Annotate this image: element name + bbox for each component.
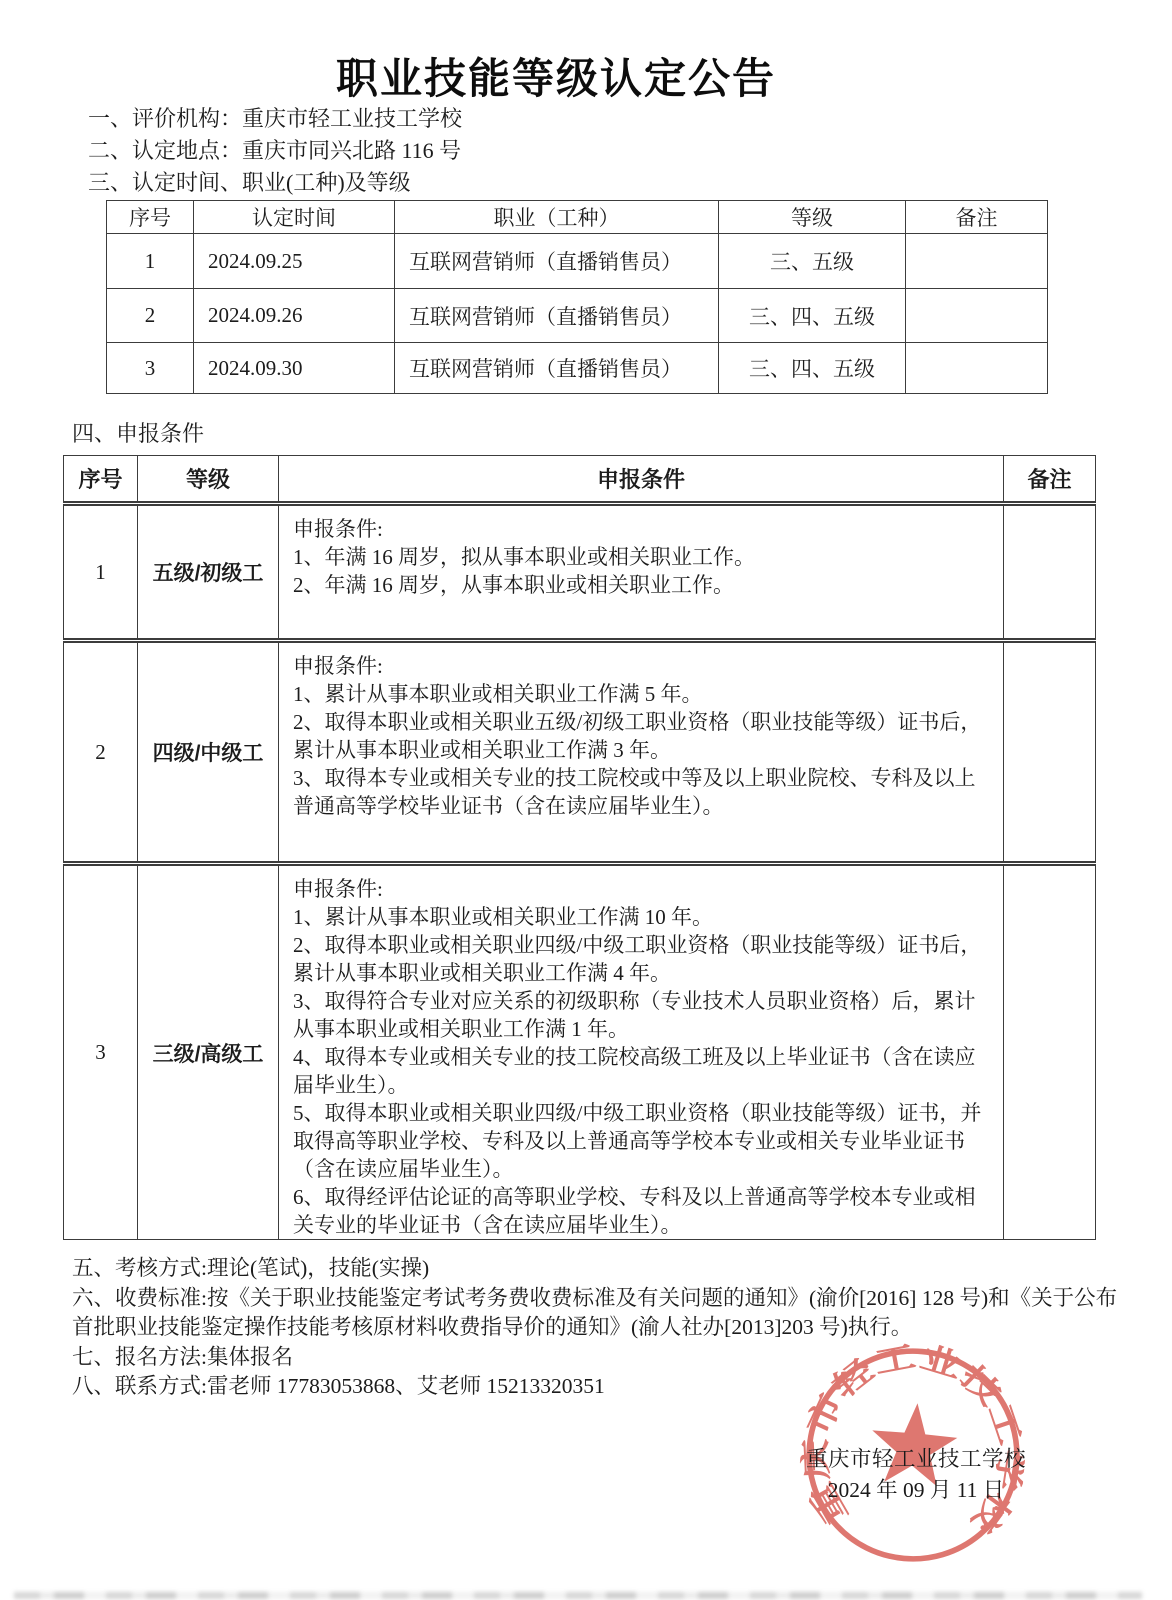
cell-note	[906, 343, 1048, 394]
table-row: 2 2024.09.26 互联网营销师（直播销售员） 三、四、五级	[107, 289, 1048, 343]
cell-note	[906, 234, 1048, 289]
cell-note	[1004, 641, 1096, 864]
condition-line: 1、累计从事本职业或相关职业工作满 10 年。	[293, 903, 991, 931]
document-page: 职业技能等级认定公告 一、评价机构：重庆市轻工业技工学校 二、认定地点：重庆市同…	[0, 0, 1172, 1600]
conditions-table: 序号 等级 申报条件 备注 1 五级/初级工 申报条件: 1、年满 16 周岁，…	[63, 455, 1096, 1240]
cell-date: 2024.09.26	[194, 289, 395, 343]
section-heading-conditions: 四、申报条件	[72, 417, 204, 448]
condition-line: 3、取得本专业或相关专业的技工院校或中等及以上职业院校、专科及以上普通高等学校毕…	[293, 764, 991, 820]
conditions-header-requirements: 申报条件	[279, 456, 1004, 504]
cell-occupation: 互联网营销师（直播销售员）	[395, 234, 719, 289]
schedule-header-occupation: 职业（工种）	[395, 201, 719, 234]
conditions-header-no: 序号	[64, 456, 138, 504]
signature-org: 重庆市轻工业技工学校	[806, 1442, 1026, 1473]
table-row: 3 三级/高级工 申报条件: 1、累计从事本职业或相关职业工作满 10 年。 2…	[64, 864, 1096, 1240]
page-title: 职业技能等级认定公告	[0, 46, 1112, 106]
condition-line: 申报条件:	[293, 515, 991, 543]
intro-list: 一、评价机构：重庆市轻工业技工学校 二、认定地点：重庆市同兴北路 116 号 三…	[88, 103, 1088, 199]
condition-line: 5、取得本职业或相关职业四级/中级工职业资格（职业技能等级）证书，并取得高等职业…	[293, 1099, 991, 1183]
signature-date: 2024 年 09 月 11 日	[806, 1473, 1026, 1504]
cell-date: 2024.09.25	[194, 234, 395, 289]
footer-item-contact: 八、联系方式:雷老师 17783053868、艾老师 15213320351	[72, 1372, 1118, 1402]
intro-item-2: 二、认定地点：重庆市同兴北路 116 号	[88, 135, 1088, 167]
cell-level: 五级/初级工	[138, 504, 279, 641]
table-row: 2 四级/中级工 申报条件: 1、累计从事本职业或相关职业工作满 5 年。 2、…	[64, 641, 1096, 864]
schedule-table: 序号 认定时间 职业（工种） 等级 备注 1 2024.09.25 互联网营销师…	[106, 200, 1048, 394]
cell-no: 3	[64, 864, 138, 1240]
intro-item-1: 一、评价机构：重庆市轻工业技工学校	[88, 103, 1088, 135]
condition-line: 1、年满 16 周岁，拟从事本职业或相关职业工作。	[293, 543, 991, 571]
footer-list: 五、考核方式:理论(笔试)，技能(实操) 六、收费标准:按《关于职业技能鉴定考试…	[72, 1254, 1118, 1402]
conditions-header-level: 等级	[138, 456, 279, 504]
scan-artifact-smudge	[14, 1592, 1142, 1599]
condition-line: 申报条件:	[293, 652, 991, 680]
cell-date: 2024.09.30	[194, 343, 395, 394]
cell-level: 三、四、五级	[719, 343, 906, 394]
cell-requirements: 申报条件: 1、累计从事本职业或相关职业工作满 10 年。 2、取得本职业或相关…	[279, 864, 1004, 1240]
condition-line: 申报条件:	[293, 875, 991, 903]
condition-line: 6、取得经评估论证的高等职业学校、专科及以上普通高等学校本专业或相关专业的毕业证…	[293, 1183, 991, 1239]
cell-level: 四级/中级工	[138, 641, 279, 864]
conditions-header-row: 序号 等级 申报条件 备注	[64, 456, 1096, 504]
cell-requirements: 申报条件: 1、累计从事本职业或相关职业工作满 5 年。 2、取得本职业或相关职…	[279, 641, 1004, 864]
cell-no: 3	[107, 343, 194, 394]
intro-item-3: 三、认定时间、职业(工种)及等级	[88, 167, 1088, 199]
schedule-header-date: 认定时间	[194, 201, 395, 234]
cell-note	[906, 289, 1048, 343]
footer-item-fees: 六、收费标准:按《关于职业技能鉴定考试考务费收费标准及有关问题的通知》(渝价[2…	[72, 1284, 1118, 1343]
table-row: 1 五级/初级工 申报条件: 1、年满 16 周岁，拟从事本职业或相关职业工作。…	[64, 504, 1096, 641]
schedule-header-level: 等级	[719, 201, 906, 234]
cell-level: 三、五级	[719, 234, 906, 289]
cell-level: 三级/高级工	[138, 864, 279, 1240]
schedule-header-no: 序号	[107, 201, 194, 234]
conditions-header-note: 备注	[1004, 456, 1096, 504]
schedule-header-note: 备注	[906, 201, 1048, 234]
condition-line: 3、取得符合专业对应关系的初级职称（专业技术人员职业资格）后，累计从事本职业或相…	[293, 987, 991, 1043]
cell-note	[1004, 504, 1096, 641]
cell-no: 1	[107, 234, 194, 289]
cell-no: 2	[107, 289, 194, 343]
footer-item-assessment: 五、考核方式:理论(笔试)，技能(实操)	[72, 1254, 1118, 1284]
condition-line: 2、取得本职业或相关职业五级/初级工职业资格（职业技能等级）证书后，累计从事本职…	[293, 708, 991, 764]
footer-item-registration: 七、报名方法:集体报名	[72, 1343, 1118, 1373]
condition-line: 2、年满 16 周岁，从事本职业或相关职业工作。	[293, 571, 991, 599]
cell-note	[1004, 864, 1096, 1240]
cell-occupation: 互联网营销师（直播销售员）	[395, 343, 719, 394]
condition-line: 1、累计从事本职业或相关职业工作满 5 年。	[293, 680, 991, 708]
condition-line: 4、取得本专业或相关专业的技工院校高级工班及以上毕业证书（含在读应届毕业生）。	[293, 1043, 991, 1099]
cell-no: 1	[64, 504, 138, 641]
table-row: 3 2024.09.30 互联网营销师（直播销售员） 三、四、五级	[107, 343, 1048, 394]
cell-no: 2	[64, 641, 138, 864]
condition-line: 2、取得本职业或相关职业四级/中级工职业资格（职业技能等级）证书后，累计从事本职…	[293, 931, 991, 987]
table-row: 1 2024.09.25 互联网营销师（直播销售员） 三、五级	[107, 234, 1048, 289]
cell-occupation: 互联网营销师（直播销售员）	[395, 289, 719, 343]
schedule-header-row: 序号 认定时间 职业（工种） 等级 备注	[107, 201, 1048, 234]
cell-requirements: 申报条件: 1、年满 16 周岁，拟从事本职业或相关职业工作。 2、年满 16 …	[279, 504, 1004, 641]
cell-level: 三、四、五级	[719, 289, 906, 343]
